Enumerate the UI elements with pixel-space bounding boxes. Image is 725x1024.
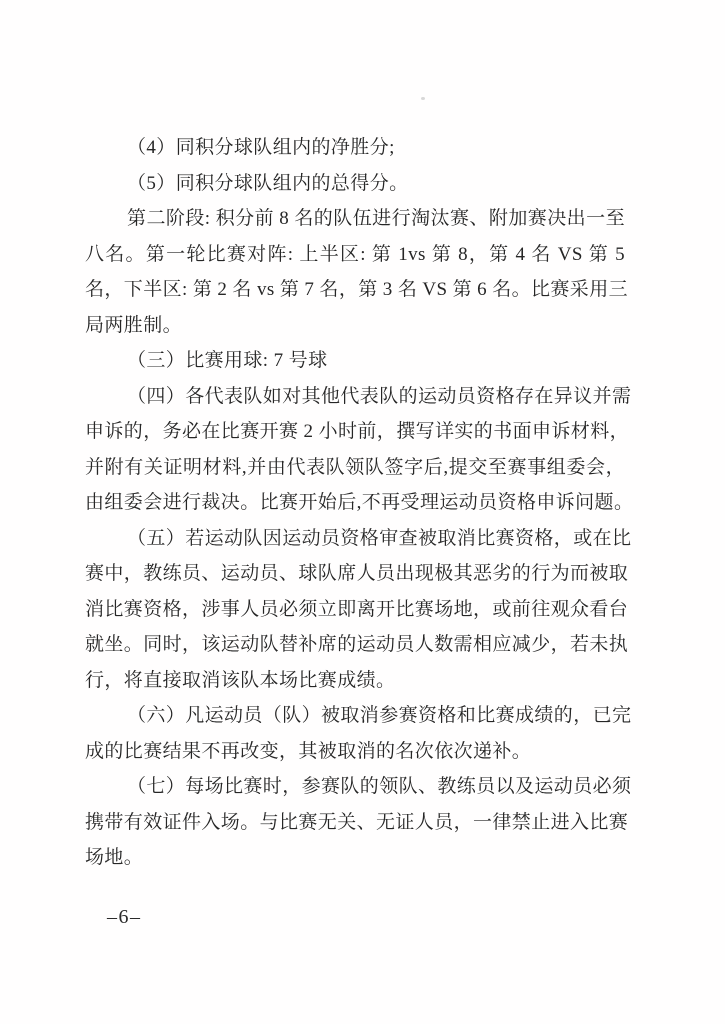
document-line: 局两胜制。: [85, 308, 625, 344]
document-line: 名，下半区: 第 2 名 vs 第 7 名，第 3 名 VS 第 6 名。比赛采…: [85, 272, 625, 308]
document-line: 消比赛资格，涉事人员必须立即离开比赛场地，或前往观众看台: [85, 592, 625, 628]
document-line: （七）每场比赛时，参赛队的领队、教练员以及运动员必须: [85, 769, 625, 805]
document-line: 八名。第一轮比赛对阵: 上半区: 第 1vs 第 8，第 4 名 VS 第 5: [85, 237, 625, 273]
document-text-block: （4）同积分球队组内的净胜分; （5）同积分球队组内的总得分。 第二阶段: 积分…: [85, 130, 625, 876]
document-line: 就坐。同时，该运动队替补席的运动员人数需相应减少，若未执: [85, 627, 625, 663]
document-line: 并附有关证明材料,并由代表队领队签字后,提交至赛事组委会，: [85, 450, 625, 486]
document-line: 行，将直接取消该队本场比赛成绩。: [85, 663, 625, 699]
document-line: （四）各代表队如对其他代表队的运动员资格存在异议并需: [85, 379, 625, 415]
scanned-document-page: （4）同积分球队组内的净胜分; （5）同积分球队组内的总得分。 第二阶段: 积分…: [0, 0, 725, 1024]
document-line: （4）同积分球队组内的净胜分;: [85, 130, 625, 166]
scan-speck: [196, 823, 199, 826]
scan-speck: [421, 97, 425, 100]
document-line: （三）比赛用球: 7 号球: [85, 343, 625, 379]
document-line: 由组委会进行裁决。比赛开始后,不再受理运动员资格申诉问题。: [85, 485, 625, 521]
document-line: 携带有效证件入场。与比赛无关、无证人员，一律禁止进入比赛: [85, 805, 625, 841]
document-line: 赛中，教练员、运动员、球队席人员出现极其恶劣的行为而被取: [85, 556, 625, 592]
document-line: 第二阶段: 积分前 8 名的队伍进行淘汰赛、附加赛决出一至: [85, 201, 625, 237]
document-line: 场地。: [85, 840, 625, 876]
document-line: （五）若运动队因运动员资格审查被取消比赛资格，或在比: [85, 521, 625, 557]
page-number: –6–: [107, 906, 142, 929]
document-line: 申诉的，务必在比赛开赛 2 小时前，撰写详实的书面申诉材料，: [85, 414, 625, 450]
document-line: （5）同积分球队组内的总得分。: [85, 166, 625, 202]
document-line: （六）凡运动员（队）被取消参赛资格和比赛成绩的，已完: [85, 698, 625, 734]
document-line: 成的比赛结果不再改变，其被取消的名次依次递补。: [85, 734, 625, 770]
